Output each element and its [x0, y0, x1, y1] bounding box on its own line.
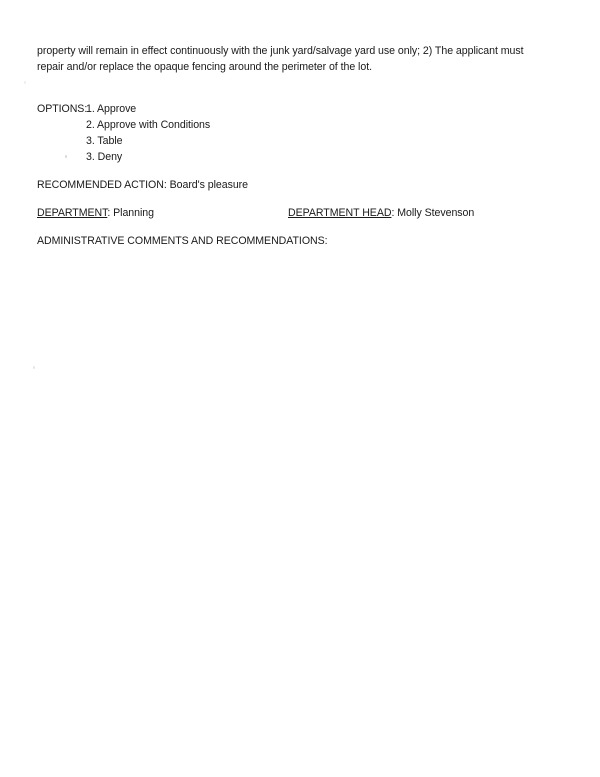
- department-label: DEPARTMENT: [37, 207, 107, 219]
- department-value: : Planning: [107, 207, 154, 219]
- recommended-action-label: RECOMMENDED ACTION:: [37, 179, 167, 191]
- continuation-text-line-2: repair and/or replace the opaque fencing…: [37, 61, 372, 73]
- option-item: 1. Approve: [86, 103, 136, 115]
- continuation-text-line-1: property will remain in effect continuou…: [37, 45, 524, 57]
- recommended-action-value: Board's pleasure: [170, 179, 248, 191]
- scan-speck: [24, 81, 26, 84]
- scan-speck: [65, 155, 67, 158]
- document-page: property will remain in effect continuou…: [0, 0, 600, 777]
- department: DEPARTMENT: Planning: [37, 207, 154, 219]
- department-head: DEPARTMENT HEAD: Molly Stevenson: [288, 207, 474, 219]
- recommended-action: RECOMMENDED ACTION: Board's pleasure: [37, 179, 248, 191]
- option-item: 2. Approve with Conditions: [86, 119, 210, 131]
- administrative-comments-heading: ADMINISTRATIVE COMMENTS AND RECOMMENDATI…: [37, 235, 328, 247]
- department-head-value: : Molly Stevenson: [391, 207, 474, 219]
- department-head-label: DEPARTMENT HEAD: [288, 207, 391, 219]
- option-item: 3. Table: [86, 135, 123, 147]
- option-item: 3. Deny: [86, 151, 122, 163]
- scan-speck: [33, 366, 35, 369]
- options-label: OPTIONS:: [37, 103, 87, 115]
